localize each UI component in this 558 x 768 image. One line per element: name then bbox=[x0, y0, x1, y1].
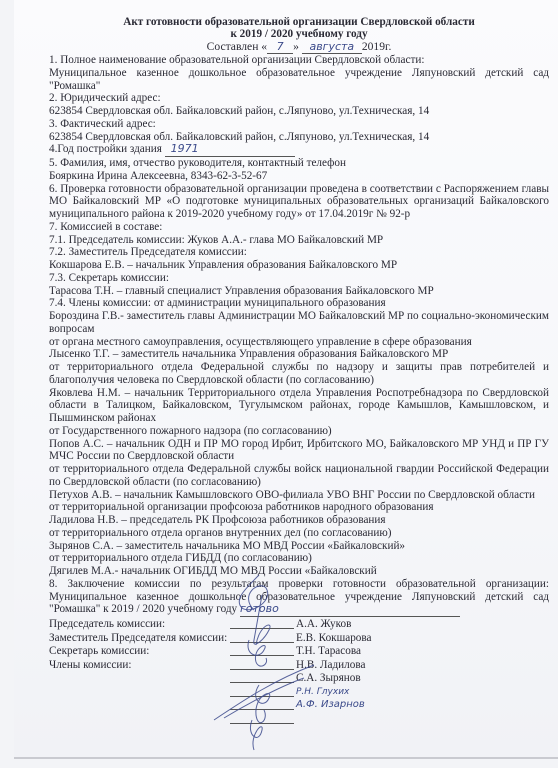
signature-row: Секретарь комиссии: Т.Н. Тарасова bbox=[49, 645, 549, 659]
member-line: от территориального отдела органов внутр… bbox=[49, 527, 549, 540]
signature-row: Заместитель Председателя комиссии: Е.В. … bbox=[49, 632, 549, 646]
document-body: Акт готовности образовательной организац… bbox=[49, 16, 549, 726]
title-line-1: Акт готовности образовательной организац… bbox=[49, 16, 549, 28]
signature-line bbox=[230, 628, 294, 629]
document-page: Акт готовности образовательной организац… bbox=[14, 0, 558, 759]
signature-row: А.Ф. Изарнов bbox=[49, 699, 549, 713]
section-2-value: 623854 Свердловская обл. Байкаловский ра… bbox=[49, 105, 549, 118]
member-line: Бороздина Г.В.- заместитель главы Админи… bbox=[49, 310, 549, 336]
section-6: 6. Проверка готовности образовательной о… bbox=[49, 183, 549, 221]
member-line: Лысенко Т.Г. – заместитель начальника Уп… bbox=[49, 348, 549, 361]
handwritten-conclusion: готово bbox=[240, 603, 460, 617]
section-7-3-value: Тарасова Т.Н. – главный специалист Управ… bbox=[49, 285, 549, 298]
signature-line bbox=[230, 696, 294, 697]
signature-row: Члены комиссии: Н.В. Ладилова bbox=[49, 659, 549, 673]
section-1-label: 1. Полное наименование образовательной о… bbox=[49, 54, 549, 67]
signature-row: С.А. Зырянов bbox=[49, 672, 549, 686]
member-line: Зырянов С.А. – заместитель начальника МО… bbox=[49, 540, 549, 553]
section-4: 4.Год постройки здания 1971 bbox=[49, 143, 549, 157]
signature-line bbox=[230, 709, 294, 710]
signature-line bbox=[230, 669, 294, 670]
member-line: Петухов А.В. – начальник Камышловского О… bbox=[49, 489, 549, 502]
title-line-2: к 2019 / 2020 учебному году bbox=[49, 28, 549, 40]
signature-line bbox=[230, 682, 294, 683]
section-8: 8. Заключение комиссии по результатам пр… bbox=[49, 578, 549, 617]
handwritten-build-year: 1971 bbox=[165, 143, 295, 157]
section-7-2-value: Кокшарова Е.В. – начальник Управления об… bbox=[49, 259, 549, 272]
section-3-value: 623854 Свердловская обл. Байкаловский ра… bbox=[49, 131, 549, 144]
member-line: Попов А.С. – начальник ОДН и ПР МО город… bbox=[49, 438, 549, 464]
section-2-label: 2. Юридический адрес: bbox=[49, 92, 549, 105]
signature-line bbox=[230, 723, 294, 724]
section-7-label: 7. Комиссией в составе: bbox=[49, 221, 549, 234]
member-line: от территориального отдела Федеральной с… bbox=[49, 463, 549, 489]
composed-date: Составлен «7» августа2019г. bbox=[49, 40, 549, 54]
section-7-4-label: 7.4. Члены комиссии: от администрации му… bbox=[49, 297, 549, 310]
member-line: от территориального отдела Федеральной с… bbox=[49, 361, 549, 387]
member-line: Ладилова Н.В. – председатель РК Профсоюз… bbox=[49, 514, 549, 527]
handwritten-day: 7 bbox=[267, 40, 293, 54]
composed-year: 2019г. bbox=[362, 40, 392, 53]
signature-row bbox=[49, 713, 549, 727]
section-7-2-label: 7.2. Заместитель Председателя комиссии: bbox=[49, 246, 549, 259]
section-7-1: 7.1. Председатель комиссии: Жуков А.А.- … bbox=[49, 234, 549, 247]
member-line: от органа местного самоуправления, осуще… bbox=[49, 336, 549, 349]
member-line: Яковлева Н.М. – начальник Территориально… bbox=[49, 387, 549, 425]
document-title: Акт готовности образовательной организац… bbox=[49, 16, 549, 40]
section-7-3-label: 7.3. Секретарь комиссии: bbox=[49, 272, 549, 285]
section-5-label: 5. Фамилия, имя, отчество руководителя, … bbox=[49, 157, 549, 170]
signature-row: Председатель комиссии: А.А. Жуков bbox=[49, 618, 549, 632]
handwritten-month: августа bbox=[302, 40, 362, 54]
member-line: Дягилев М.А.- начальник ОГИБДД МО МВД Ро… bbox=[49, 565, 549, 578]
signature-row: Р.Н. Глухих bbox=[49, 686, 549, 700]
member-line: от Государственного пожарного надзора (п… bbox=[49, 425, 549, 438]
signature-block: Председатель комиссии: А.А. Жуков Замест… bbox=[49, 618, 549, 726]
signature-line bbox=[230, 642, 294, 643]
member-line: от территориальной организации профсоюза… bbox=[49, 501, 549, 514]
section-1-value: Муниципальное казенное дошкольное образо… bbox=[49, 67, 549, 93]
section-3-label: 3. Фактический адрес: bbox=[49, 118, 549, 131]
signature-line bbox=[230, 655, 294, 656]
section-5-value: Бояркина Ирина Алексеевна, 8343-62-3-52-… bbox=[49, 170, 549, 183]
member-line: от территориального отдела ГИБДД (по сог… bbox=[49, 552, 549, 565]
